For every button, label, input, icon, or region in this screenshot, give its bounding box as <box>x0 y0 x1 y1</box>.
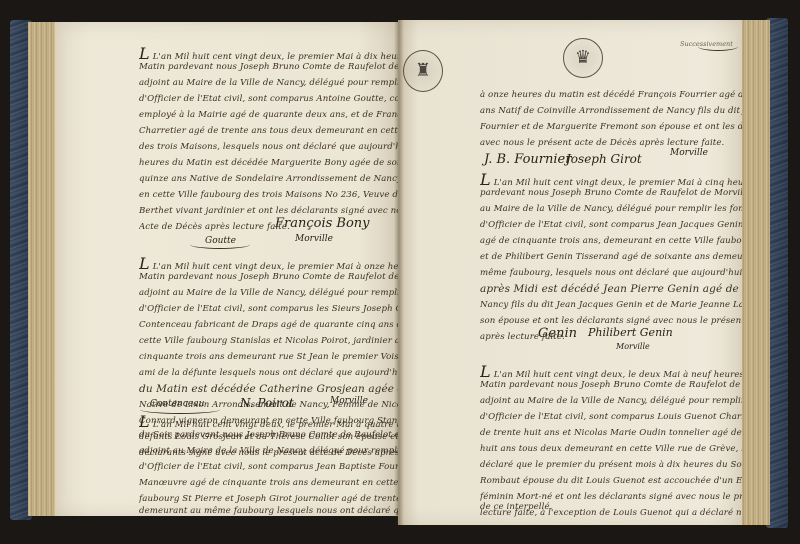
decorative-initial: L <box>139 254 150 273</box>
entry-line: pardevant nous Joseph Bruno Comte de Rau… <box>480 188 742 198</box>
entry-line: LL'an Mil huit cent vingt deux, le premi… <box>139 254 399 273</box>
decorative-initial: L <box>139 412 150 431</box>
entry-line: d'Officier de l'Etat civil, sont comparu… <box>139 94 399 104</box>
entry-line: féminin Mort-né et ont les déclarants si… <box>480 492 742 502</box>
left-page: LL'an Mil huit cent vingt deux, le premi… <box>55 22 399 516</box>
entry-line: LL'an Mil huit cent vingt deux, le premi… <box>139 44 399 63</box>
entry-line: adjoint au Maire de la Ville de Nancy, d… <box>139 288 399 298</box>
entry-line: adjoint au Maire de la Ville de Nancy, d… <box>480 396 742 406</box>
decorative-initial: L <box>139 44 150 63</box>
signature: Morville <box>616 342 650 351</box>
signature: Morville <box>670 148 708 158</box>
royal-seal-stamp: ♛ <box>563 38 603 78</box>
signature: Joseph Girot <box>566 152 642 166</box>
signature: Morville <box>295 234 333 244</box>
entry-line: son épouse et ont les déclarants signé a… <box>480 316 742 326</box>
decorative-initial: L <box>480 362 491 381</box>
entry-line: cette Ville faubourg Stanislas et Nicola… <box>139 336 399 346</box>
entry-line: de ce interpellé. <box>480 502 552 512</box>
entry-line: en cette Ville faubourg des trois Maison… <box>139 190 399 200</box>
crown-icon: ♛ <box>575 49 591 67</box>
page-edges-right <box>740 20 770 525</box>
right-page: Successivement ♜ ♛ à onze heures du mati… <box>398 20 742 525</box>
entry-line: au Maire de la Ville de Nancy, délégué p… <box>480 204 742 214</box>
entry-line: LL'an Mil huit cent vingt deux, le deux … <box>480 362 742 381</box>
signature: Philibert Genin <box>588 326 673 339</box>
page-edges-left <box>28 22 56 516</box>
entry-line: adjoint au Maire de la Ville de Nancy, d… <box>139 78 399 88</box>
annotation-flourish <box>698 42 738 51</box>
entry-line: huit ans tous deux demeurant en cette Vi… <box>480 444 742 454</box>
entry-line: LL'an Mil huit cent vingt deux, le premi… <box>480 170 742 189</box>
entry-line: Matin pardevant nous Joseph Bruno Comte … <box>480 380 742 390</box>
entry-line: quinze ans Native de Sondelaire Arrondis… <box>139 174 399 184</box>
decorative-initial: L <box>480 170 491 189</box>
entry-line: avec nous le présent acte de Décès après… <box>480 138 724 148</box>
entry-line: employé à la Mairie agé de quarante deux… <box>139 110 399 120</box>
entry-line: Matin pardevant nous Joseph Bruno Comte … <box>139 272 399 282</box>
entry-line: Berthet vivant jardinier et ont les décl… <box>139 206 399 216</box>
entry-line: d'Officier de l'Etat civil, sont comparu… <box>139 304 399 314</box>
signature: J. B. Fournier <box>484 152 571 167</box>
signature-flourish <box>190 240 250 249</box>
entry-line: même faubourg, lesquels nous ont déclaré… <box>480 268 742 278</box>
entry-line: d'Officier de l'Etat civil, sont comparu… <box>139 462 417 472</box>
entry-line: cinquante trois ans demeurant rue St Jea… <box>139 352 399 362</box>
entry-line: ami de la défunte lesquels nous ont décl… <box>139 368 399 378</box>
book-gutter <box>394 20 404 525</box>
signature: Morville <box>330 396 368 406</box>
signature: N. Poirot <box>240 396 294 410</box>
entry-line: après Midi est décédé Jean Pierre Genin … <box>480 283 742 295</box>
seated-figure-icon: ♜ <box>415 62 431 80</box>
entry-line: heures du Matin est décédée Marguerite B… <box>139 158 399 168</box>
entry-line: Matin pardevant nous Joseph Bruno Comte … <box>139 62 399 72</box>
signature: François Bony <box>275 216 370 231</box>
entry-line: des trois Maisons, lesquels nous ont déc… <box>139 142 399 152</box>
entry-line: déclaré que le premier du présent mois à… <box>480 460 742 470</box>
entry-line: et de Philibert Genin Tisserand agé de s… <box>480 252 742 262</box>
signature: Genin <box>538 326 577 341</box>
entry-line: Charretier agé de trente ans tous deux d… <box>139 126 399 136</box>
entry-line: agé de cinquante trois ans, demeurant en… <box>480 236 742 246</box>
entry-line: ans Natif de Coinville Arrondissement de… <box>480 106 742 116</box>
tax-stamp: ♜ <box>403 50 443 92</box>
entry-line: d'Officier de l'Etat civil, sont comparu… <box>480 412 742 422</box>
entry-line: Manœuvre agé de cinquante trois ans deme… <box>139 478 421 488</box>
entry-line: du Matin est décédée Catherine Grosjean … <box>139 383 399 395</box>
entry-line: de trente huit ans et Nicolas Marie Oudi… <box>480 428 742 438</box>
entry-line: Fournier et de Marguerite Fremont son ép… <box>480 122 742 132</box>
entry-line: d'Officier de l'Etat civil, sont comparu… <box>480 220 742 230</box>
entry-line: Contenceau fabricant de Draps agé de qua… <box>139 320 399 330</box>
entry-line: Acte de Décès après lecture faite. <box>139 222 290 232</box>
entry-line: Rombaut épouse du dit Louis Guenot est a… <box>480 476 742 486</box>
entry-line: LL'an Mil huit cent vingt deux, le premi… <box>139 412 427 431</box>
entry-line: à onze heures du matin est décédé Franço… <box>480 90 742 100</box>
entry-line: Nancy fils du dit Jean Jacques Genin et … <box>480 300 742 310</box>
